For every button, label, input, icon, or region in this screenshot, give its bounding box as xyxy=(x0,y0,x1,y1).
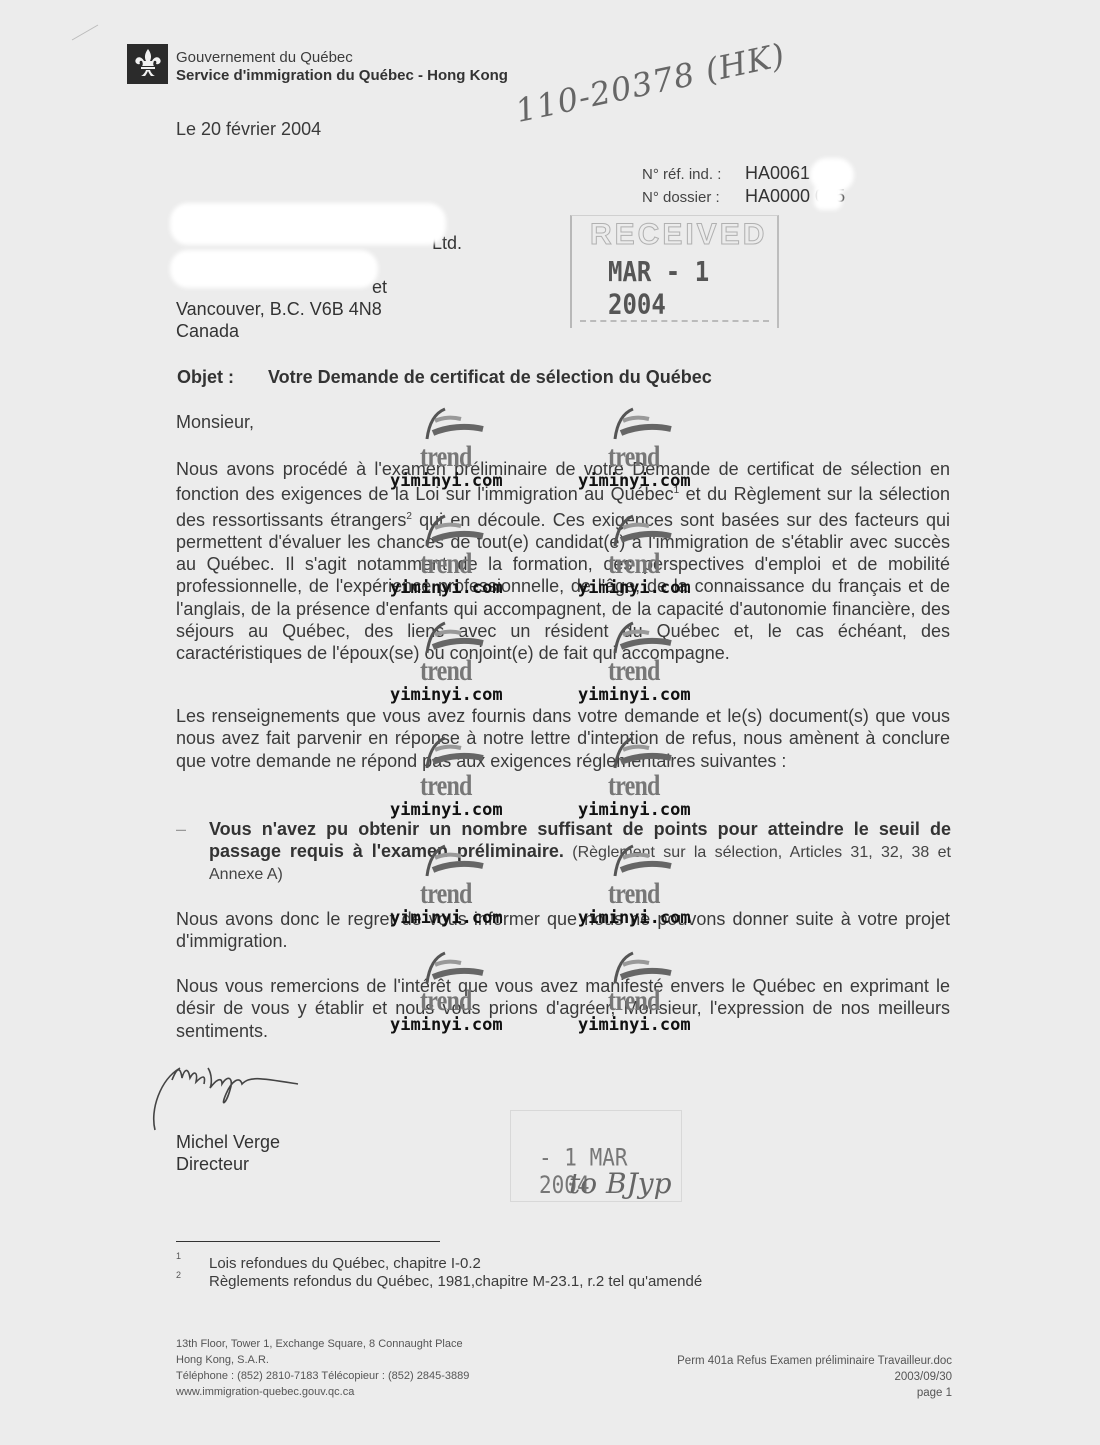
quebec-logo xyxy=(127,44,168,84)
footer-doc-date: 2003/09/30 xyxy=(677,1369,952,1385)
redaction xyxy=(170,250,378,288)
date-stamp: - 1 MAR 2004 to BJyp xyxy=(510,1110,682,1202)
paragraph-1: Nous avons procédé à l'examen préliminai… xyxy=(176,458,950,665)
dossier-label: N° dossier : xyxy=(642,189,720,206)
paragraph-2: Les renseignements que vous avez fournis… xyxy=(176,705,950,772)
letterhead-line1: Gouvernement du Québec xyxy=(176,49,353,66)
scan-artifact xyxy=(72,25,98,41)
letterhead-line2: Service d'immigration du Québec - Hong K… xyxy=(176,67,508,84)
bullet-dash: – xyxy=(176,819,186,840)
redaction xyxy=(814,184,842,210)
watermark-site-text: yiminyi.com xyxy=(578,685,691,705)
ref-ind-label: N° réf. ind. : xyxy=(642,166,721,183)
footnote-2: Règlements refondus du Québec, 1981,chap… xyxy=(209,1273,702,1290)
footer-address: 13th Floor, Tower 1, Exchange Square, 8 … xyxy=(176,1336,469,1400)
paragraph-3: Nous avons donc le regret de vous inform… xyxy=(176,908,950,953)
footer-address-line: 13th Floor, Tower 1, Exchange Square, 8 … xyxy=(176,1336,469,1352)
salutation: Monsieur, xyxy=(176,411,950,433)
footer-city: Hong Kong, S.A.R. xyxy=(176,1352,469,1368)
received-stamp-title: RECEIVED xyxy=(590,218,767,252)
signature-scribble xyxy=(150,1050,310,1135)
watermark-logo-text: trend xyxy=(420,769,472,803)
refusal-reason: Vous n'avez pu obtenir un nombre suffisa… xyxy=(209,819,951,886)
watermark-site-text: yiminyi.com xyxy=(390,685,503,705)
subject-label: Objet : xyxy=(177,367,234,388)
footnote-2-number: 2 xyxy=(176,1270,181,1280)
watermark-site-text: yiminyi.com xyxy=(578,800,691,820)
footnote-1-number: 1 xyxy=(176,1251,181,1261)
subject-text: Votre Demande de certificat de sélection… xyxy=(268,367,712,388)
signatory-name: Michel Verge xyxy=(176,1131,280,1153)
paragraph-4: Nous vous remercions de l'intérêt que vo… xyxy=(176,975,950,1042)
fleur-de-lis-icon xyxy=(133,48,163,80)
footer-doc-info: Perm 401a Refus Examen préliminaire Trav… xyxy=(677,1353,952,1401)
date-stamp-handwriting: to BJyp xyxy=(569,1167,672,1200)
footnote-divider xyxy=(176,1241,440,1242)
watermark-site-text: yiminyi.com xyxy=(390,800,503,820)
signatory-title: Directeur xyxy=(176,1153,280,1175)
footnote-1: Lois refondues du Québec, chapitre I-0.2 xyxy=(209,1255,481,1272)
footer-website: www.immigration-quebec.gouv.qc.ca xyxy=(176,1384,469,1400)
footer-page-number: page 1 xyxy=(677,1385,952,1401)
received-stamp-date: MAR - 1 2004 xyxy=(608,256,777,320)
recipient-country: Canada xyxy=(176,321,239,342)
redaction xyxy=(170,203,446,245)
ref-ind-value: HA0061 xyxy=(745,163,810,184)
recipient-city: Vancouver, B.C. V6B 4N8 xyxy=(176,299,382,320)
footer-doc-name: Perm 401a Refus Examen préliminaire Trav… xyxy=(677,1353,952,1369)
footer-phone: Téléphone : (852) 2810-7183 Télécopieur … xyxy=(176,1368,469,1384)
handwritten-note: 110-20378 (HK) xyxy=(512,36,789,130)
received-stamp: RECEIVED MAR - 1 2004 xyxy=(570,215,779,328)
letter-date: Le 20 février 2004 xyxy=(176,119,321,140)
signatory: Michel Verge Directeur xyxy=(176,1131,280,1175)
watermark-logo-text: trend xyxy=(608,769,660,803)
